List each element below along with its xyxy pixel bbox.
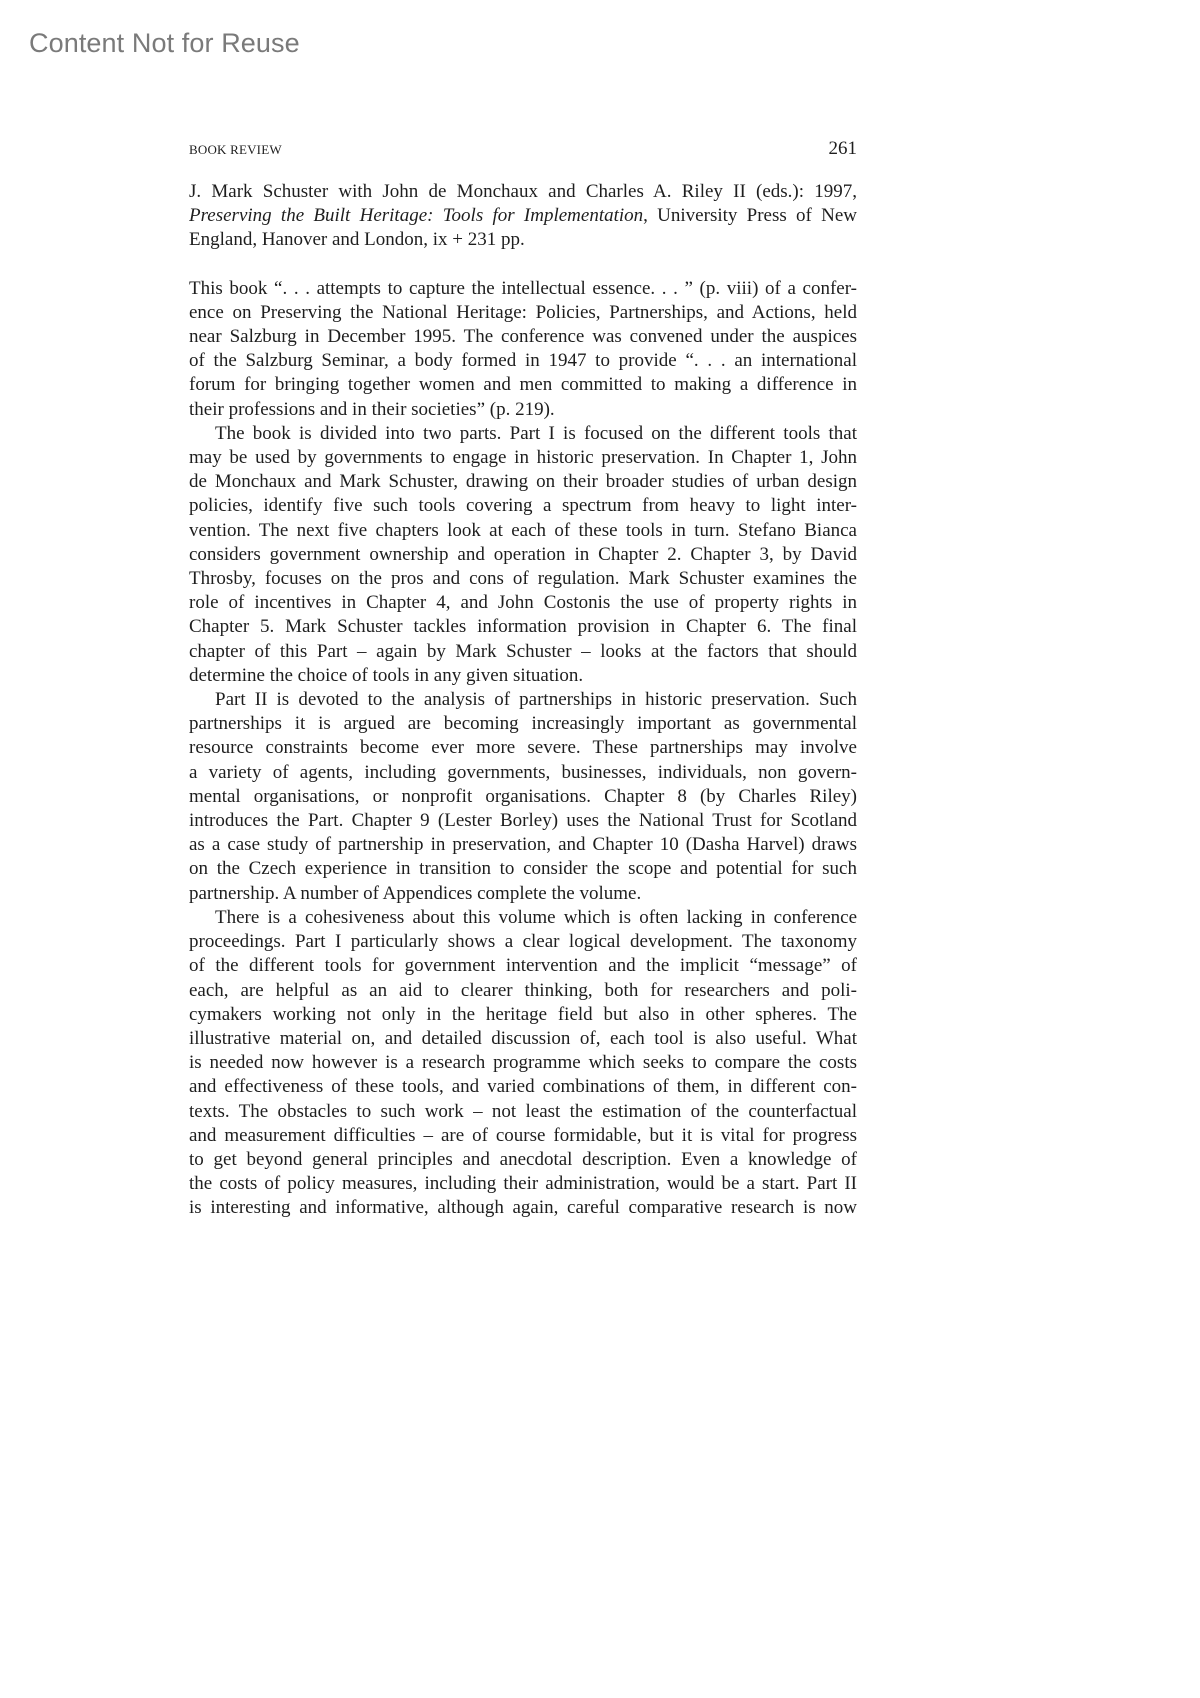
review-body: This book “. . . attempts to capture the…	[189, 277, 857, 1221]
text-line: proceedings. Part I particularly shows a…	[189, 930, 857, 954]
paragraph: Part II is devoted to the analysis of pa…	[189, 688, 857, 906]
page-number: 261	[829, 138, 858, 160]
text-line: to get beyond general principles and ane…	[189, 1148, 857, 1172]
text-line: considers government ownership and opera…	[189, 543, 857, 567]
text-line: cymakers working not only in the heritag…	[189, 1003, 857, 1027]
text-line: a variety of agents, including governmen…	[189, 761, 857, 785]
text-line: their professions and in their societies…	[189, 398, 857, 422]
text-line: de Monchaux and Mark Schuster, drawing o…	[189, 470, 857, 494]
text-line: There is a cohesiveness about this volum…	[189, 906, 857, 930]
text-line: This book “. . . attempts to capture the…	[189, 277, 857, 301]
book-title: Preserving the Built Heritage: Tools for…	[189, 205, 643, 226]
text-line: as a case study of partnership in preser…	[189, 833, 857, 857]
citation-line: J. Mark Schuster with John de Monchaux a…	[189, 180, 857, 204]
text-line: partnership. A number of Appendices comp…	[189, 882, 857, 906]
text-line: policies, identify five such tools cover…	[189, 494, 857, 518]
paragraph: This book “. . . attempts to capture the…	[189, 277, 857, 422]
text-line: on the Czech experience in transition to…	[189, 857, 857, 881]
text-line: Throsby, focuses on the pros and cons of…	[189, 567, 857, 591]
text-line: of the different tools for government in…	[189, 954, 857, 978]
text-line: forum for bringing together women and me…	[189, 373, 857, 397]
text-line: resource constraints become ever more se…	[189, 736, 857, 760]
text-line: role of incentives in Chapter 4, and Joh…	[189, 591, 857, 615]
citation-line: England, Hanover and London, ix + 231 pp…	[189, 228, 857, 252]
text-line: is needed now however is a research prog…	[189, 1051, 857, 1075]
paragraph: The book is divided into two parts. Part…	[189, 422, 857, 688]
text-line: Chapter 5. Mark Schuster tackles informa…	[189, 615, 857, 639]
text-line: illustrative material on, and detailed d…	[189, 1027, 857, 1051]
book-citation: J. Mark Schuster with John de Monchaux a…	[189, 180, 857, 253]
running-header: BOOK REVIEW 261	[189, 138, 857, 166]
text-line: ence on Preserving the National Heritage…	[189, 301, 857, 325]
text-line: chapter of this Part – again by Mark Sch…	[189, 640, 857, 664]
text-line: each, are helpful as an aid to clearer t…	[189, 979, 857, 1003]
text-line: vention. The next five chapters look at …	[189, 519, 857, 543]
watermark: Content Not for Reuse	[29, 28, 300, 59]
text-line: mental organisations, or nonprofit organ…	[189, 785, 857, 809]
publisher-text: , University Press of New	[643, 205, 857, 226]
text-line: may be used by governments to engage in …	[189, 446, 857, 470]
text-line: Part II is devoted to the analysis of pa…	[189, 688, 857, 712]
text-line: texts. The obstacles to such work – not …	[189, 1100, 857, 1124]
text-line: introduces the Part. Chapter 9 (Lester B…	[189, 809, 857, 833]
text-line: of the Salzburg Seminar, a body formed i…	[189, 349, 857, 373]
text-line: and effectiveness of these tools, and va…	[189, 1075, 857, 1099]
text-line: is interesting and informative, although…	[189, 1196, 857, 1220]
text-line: near Salzburg in December 1995. The conf…	[189, 325, 857, 349]
text-line: and measurement difficulties – are of co…	[189, 1124, 857, 1148]
text-line: the costs of policy measures, including …	[189, 1172, 857, 1196]
running-title: BOOK REVIEW	[189, 142, 282, 158]
text-line: determine the choice of tools in any giv…	[189, 664, 857, 688]
text-line: The book is divided into two parts. Part…	[189, 422, 857, 446]
text-line: partnerships it is argued are becoming i…	[189, 712, 857, 736]
paragraph: There is a cohesiveness about this volum…	[189, 906, 857, 1221]
document-page: BOOK REVIEW 261 J. Mark Schuster with Jo…	[189, 138, 857, 1221]
citation-line: Preserving the Built Heritage: Tools for…	[189, 204, 857, 228]
